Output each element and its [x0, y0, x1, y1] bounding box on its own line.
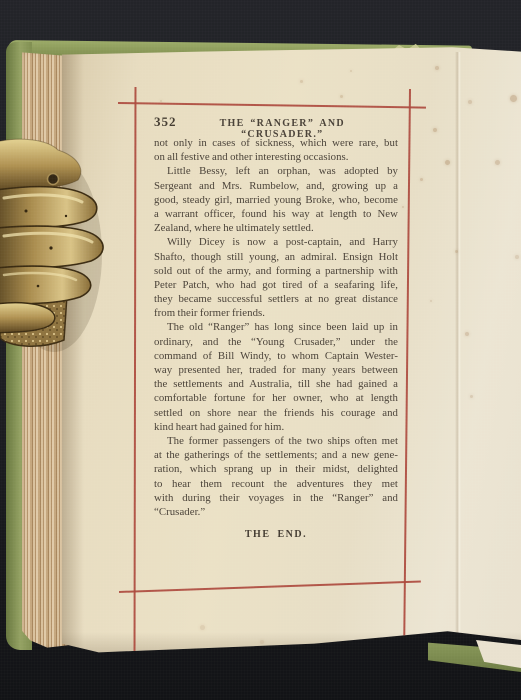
- foxing-spot: [435, 66, 439, 70]
- red-border-right: [403, 89, 410, 644]
- text-line: ration, which sprang up in their midst, …: [154, 462, 398, 476]
- end-mark: THE END.: [154, 529, 398, 540]
- red-border-bottom: [119, 580, 421, 592]
- printed-text-block: 352 THE “RANGER” AND “CRUSADER.” not onl…: [154, 114, 398, 540]
- text-line: they became successful settlers at no gr…: [154, 292, 398, 306]
- foxing-spot: [445, 160, 450, 165]
- text-line: with during their voyages in the “Ranger…: [154, 491, 398, 505]
- foxing-spot: [200, 625, 205, 630]
- red-border-top: [118, 102, 426, 108]
- text-line: Little Bessy, left an orphan, was adopte…: [154, 164, 398, 178]
- foxing-spot: [470, 395, 473, 398]
- text-line: at the gatherings of the settlements; an…: [154, 448, 398, 462]
- text-line: command of Bill Windy, to whom Captain W…: [154, 349, 398, 363]
- text-line: to hear them recount the adventures they…: [154, 477, 398, 491]
- foxing-spot: [402, 206, 404, 208]
- foxing-spot: [430, 300, 432, 302]
- text-line: settled on shore near the friends his co…: [154, 406, 398, 420]
- clasp-knuckles: [0, 139, 81, 192]
- text-line: Shafto, though still young, an admiral. …: [154, 250, 398, 264]
- text-line: The former passengers of the two ships o…: [154, 434, 398, 448]
- running-header: 352 THE “RANGER” AND “CRUSADER.”: [154, 114, 398, 130]
- text-line: sold out of the army, and forming a part…: [154, 264, 398, 278]
- text-line: good, steady girl, married young Broke, …: [154, 193, 398, 207]
- foxing-spot: [495, 160, 500, 165]
- text-line: Zealand, where he ultimately settled.: [154, 221, 398, 235]
- text-line: Peter Patch, who had got tired of a seaf…: [154, 278, 398, 292]
- text-line: not only in cases of sickness, which wer…: [154, 136, 398, 150]
- foxing-spot: [433, 128, 437, 132]
- text-line: Sergeant and Mrs. Rumbelow, and, growing…: [154, 179, 398, 193]
- page-number: 352: [154, 114, 177, 130]
- foxing-spot: [300, 80, 303, 83]
- foxing-spot: [468, 100, 472, 104]
- clasp-finger: [0, 187, 97, 229]
- text-line: on all festive and other interesting occ…: [154, 150, 398, 164]
- text-line: the settlements and Australia, till she …: [154, 377, 398, 391]
- brass-hand-clasp: [0, 136, 108, 354]
- foxing-spot: [465, 332, 469, 336]
- foxing-spot: [340, 95, 343, 98]
- page-crease: [455, 52, 461, 658]
- foxing-spot: [510, 95, 517, 102]
- photo-open-antique-book: 352 THE “RANGER” AND “CRUSADER.” not onl…: [0, 0, 521, 700]
- foxing-spot: [350, 70, 352, 72]
- text-line: The old “Ranger” has long since been lai…: [154, 320, 398, 334]
- text-line: comfortable fortune for her owner, who a…: [154, 391, 398, 405]
- foxing-spot: [420, 178, 423, 181]
- text-line: a warrant officer, found his way at leng…: [154, 207, 398, 221]
- text-line: kind heart had gained for him.: [154, 420, 398, 434]
- foxing-spot: [515, 255, 519, 259]
- text-line: way presented her, traded for many years…: [154, 363, 398, 377]
- text-line: Willy Dicey is now a post-captain, and H…: [154, 235, 398, 249]
- red-border-left: [134, 87, 137, 654]
- text-line: ordinary, and the “Young Crusader,” unde…: [154, 335, 398, 349]
- open-page: 352 THE “RANGER” AND “CRUSADER.” not onl…: [62, 46, 521, 666]
- paragraphs: not only in cases of sickness, which wer…: [154, 136, 398, 519]
- text-line: “Crusader.”: [154, 505, 398, 519]
- clasp-upper-hole: [48, 174, 59, 185]
- text-line: from their former friends.: [154, 306, 398, 320]
